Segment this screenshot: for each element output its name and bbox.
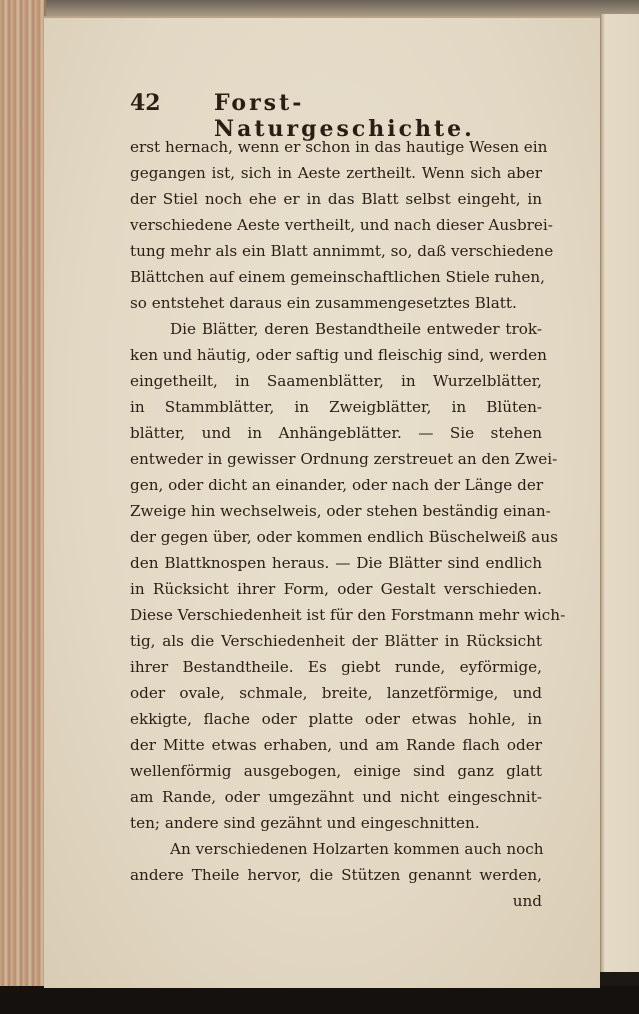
text-line: der gegen über, oder kommen endlich Büsc… <box>130 524 542 550</box>
text-line: den Blattknospen heraus. — Die Blätter s… <box>130 550 542 576</box>
text-line: erst hernach, wenn er schon in das hauti… <box>130 134 542 160</box>
catchword: und <box>130 888 542 914</box>
text-line: gen, oder dicht an einander, oder nach d… <box>130 472 542 498</box>
text-line: tig, als die Verschiedenheit der Blätter… <box>130 628 542 654</box>
text-line: Die Blätter, deren Bestandtheile entwede… <box>130 316 542 342</box>
text-line: in Stammblätter, in Zweigblätter, in Blü… <box>130 394 542 420</box>
text-line: Diese Verschiedenheit ist für den Forstm… <box>130 602 542 628</box>
adjacent-page-edge <box>600 14 639 972</box>
text-line: der Stiel noch ehe er in das Blatt selbs… <box>130 186 542 212</box>
text-line: der Mitte etwas erhaben, und am Rande fl… <box>130 732 542 758</box>
page-number: 42 <box>130 90 161 116</box>
book-top-edge <box>0 0 639 16</box>
bottom-shadow <box>0 986 639 1014</box>
text-line: entweder in gewisser Ordnung zerstreuet … <box>130 446 542 472</box>
text-line: am Rande, oder umgezähnt und nicht einge… <box>130 784 542 810</box>
paragraph-2: Die Blätter, deren Bestandtheile entwede… <box>130 316 542 836</box>
text-line: wellenförmig ausgebogen, einige sind gan… <box>130 758 542 784</box>
text-line: tung mehr als ein Blatt annimmt, so, daß… <box>130 238 542 264</box>
text-line: ekkigte, flache oder platte oder etwas h… <box>130 706 542 732</box>
text-line: ten; andere sind gezähnt und eingeschnit… <box>130 810 542 836</box>
book-page-edges <box>0 0 46 990</box>
text-line: An verschiedenen Holzarten kommen auch n… <box>130 836 542 862</box>
text-line: eingetheilt, in Saamenblätter, in Wurzel… <box>130 368 542 394</box>
paragraph-1: erst hernach, wenn er schon in das hauti… <box>130 134 542 316</box>
text-line: Zweige hin wechselweis, oder stehen best… <box>130 498 542 524</box>
page-header: 42 Forst-Naturgeschichte. <box>130 90 550 124</box>
text-line: in Rücksicht ihrer Form, oder Gestalt ve… <box>130 576 542 602</box>
text-line: so entstehet daraus ein zusammengesetzte… <box>130 290 542 316</box>
text-line: gegangen ist, sich in Aeste zertheilt. W… <box>130 160 542 186</box>
text-line: Blättchen auf einem gemeinschaftlichen S… <box>130 264 542 290</box>
text-line: ken und häutig, oder saftig und fleischi… <box>130 342 542 368</box>
text-line: ihrer Bestandtheile. Es giebt runde, eyf… <box>130 654 542 680</box>
text-line: blätter, und in Anhängeblätter. — Sie st… <box>130 420 542 446</box>
body-text: erst hernach, wenn er schon in das hauti… <box>130 134 542 914</box>
paragraph-3: An verschiedenen Holzarten kommen auch n… <box>130 836 542 888</box>
text-line: oder ovale, schmale, breite, lanzetförmi… <box>130 680 542 706</box>
text-line: verschiedene Aeste vertheilt, und nach d… <box>130 212 542 238</box>
text-line: andere Theile hervor, die Stützen genann… <box>130 862 542 888</box>
